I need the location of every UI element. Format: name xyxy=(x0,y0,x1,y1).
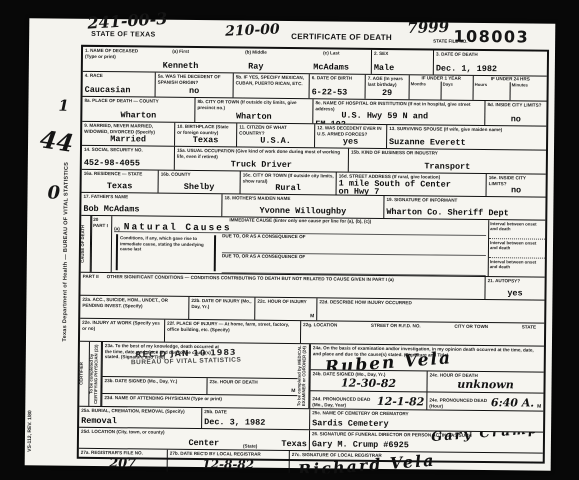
field-label: 7. AGE (In years last birthday) xyxy=(368,76,407,87)
part1-column: 20 PART I xyxy=(91,216,112,272)
field-value: Sardis Cemetery xyxy=(312,419,541,430)
city-label: CITY OR TOWN xyxy=(454,324,488,330)
field-marital-status: 9. MARRIED, NEVER MARRIED, WIDOWED, DIVO… xyxy=(82,122,174,146)
field-label: 23d. NAME OF ATTENDING PHYSICIAN (Type o… xyxy=(104,395,295,402)
field-pod-city: 8b. CITY OR TOWN (If outside city limits… xyxy=(194,98,312,123)
subrow-23d: 23d. NAME OF ATTENDING PHYSICIAN (Type o… xyxy=(102,393,297,408)
name-grid: 1. NAME OF DECEASED (Type or print) (a) … xyxy=(85,48,369,73)
certifying-physician-vertical-label: To be completed by CERTIFYING PHYSICIAN … xyxy=(89,342,102,406)
field-value: U.S.A. xyxy=(239,137,312,147)
field-23d-attending-physician: 23d. NAME OF ATTENDING PHYSICIAN (Type o… xyxy=(102,394,297,408)
field-surviving-spouse: 13. SURVIVING SPOUSE (If wife, give maid… xyxy=(386,125,546,150)
interval-label-c: Interval between onset and death xyxy=(489,257,545,277)
field-residence-street: 16d. STREET ADDRESS (If rural, give loca… xyxy=(336,172,486,196)
field-occupation: 15a. USUAL OCCUPATION (Give kind of work… xyxy=(174,147,348,172)
field-injury-how: 22d. DESCRIBE HOW INJURY OCCURRED xyxy=(316,298,544,322)
certificate-form: 1. NAME OF DECEASED (Type or print) (a) … xyxy=(77,45,549,464)
field-label: 1. NAME OF DECEASED (Type or print) xyxy=(85,48,143,71)
field-value-handwritten: 207 xyxy=(81,455,165,471)
field-value xyxy=(236,96,307,97)
row-certifier: CERTIFIER To be completed by CERTIFYING … xyxy=(79,341,544,411)
field-label: 22b. DATE OF INJURY (Mo., Day, Yr.) xyxy=(191,298,252,310)
field-local-registrar-signature: 27c. SIGNATURE OF LOCAL REGISTRAR Richar… xyxy=(289,451,543,476)
days-sublabel: Days xyxy=(441,81,473,100)
handwritten-code-left: 241-00-3 xyxy=(87,9,168,33)
field-value: Bob McAdams xyxy=(83,205,219,215)
field-value: Male xyxy=(374,64,431,74)
subrow-24d-24e: 24d. PRONOUNCED DEAD (Mo., Day, Year) 12… xyxy=(310,390,543,410)
field-part2: PART II OTHER SIGNIFICANT CONDITIONS — C… xyxy=(80,273,484,299)
field-sublabel: (a) First xyxy=(143,48,218,54)
field-name-of-deceased: 1. NAME OF DECEASED (Type or print) (a) … xyxy=(83,47,371,74)
field-label: 10. BIRTHPLACE (State or foreign country… xyxy=(177,124,234,136)
field-pod-county: 8a. PLACE OF DEATH — COUNTY Wharton xyxy=(82,97,194,122)
field-if-under-24-hrs: IF UNDER 24 HRS Hours Minutes xyxy=(473,76,547,101)
field-label: 18. MOTHER'S MAIDEN NAME xyxy=(224,195,381,202)
field-24d-pronounced-dead-date: 24d. PRONOUNCED DEAD (Mo., Day, Year) 12… xyxy=(310,391,426,409)
field-value: 6-22-53 xyxy=(312,88,363,97)
meridiem-mark: M xyxy=(310,313,314,319)
field-race: 4. RACE Caucasian xyxy=(83,72,155,97)
subrow-23b-23c: 23b. DATE SIGNED (Mo., Day, Yr.) 23c. HO… xyxy=(102,376,297,395)
field-23b-date-signed: 23b. DATE SIGNED (Mo., Day, Yr.) xyxy=(102,377,206,394)
field-label: 12. WAS DECEDENT EVER IN U.S. ARMED FORC… xyxy=(317,125,384,137)
field-residence-county: 16b. COUNTY Shelby xyxy=(158,171,240,194)
field-sex: 2. SEX Male xyxy=(371,50,433,75)
field-label: 25a. BURIAL, CREMATION, REMOVAL (Specify… xyxy=(81,408,199,415)
field-value: yes xyxy=(487,289,542,298)
field-label: 8b. CITY OR TOWN (If outside city limits… xyxy=(197,99,310,111)
name-first-col: (a) First Kenneth xyxy=(143,48,219,71)
field-spanish-origin: 5a. WAS THE DECEDENT OF SPANISH ORIGIN? … xyxy=(155,73,233,98)
state-of-texas-label: STATE OF TEXAS xyxy=(91,31,156,39)
certifier-right-column: 24a. On the basis of examination and/or … xyxy=(309,344,544,410)
field-residence-city: 16c. CITY OR TOWN (If outside city limit… xyxy=(240,171,336,194)
field-injury-kind: 22a. ACC., SUICIDE, HOM., UNDET., OR PEN… xyxy=(80,296,188,319)
cause-main: IMMEDIATE CAUSE (Enter only one cause pe… xyxy=(111,216,489,276)
part1-label: PART I xyxy=(93,222,110,228)
certifier-left-column: 23a. To the best of my knowledge, death … xyxy=(101,342,298,408)
row-registrar: 27a. REGISTRAR'S FILE NO. 207 27b. DATE … xyxy=(79,448,543,476)
field-label: 8a. PLACE OF DEATH — COUNTY xyxy=(84,98,192,105)
field-value xyxy=(104,392,204,393)
field-pod-city-limits: 8d. INSIDE CITY LIMITS? no xyxy=(484,101,546,126)
field-value: Dec. 1, 1982 xyxy=(436,65,545,75)
field-value: Center xyxy=(188,439,219,448)
field-label: 9. MARRIED, NEVER MARRIED, WIDOWED, DIVO… xyxy=(84,123,172,135)
under24-subcols: Hours Minutes xyxy=(474,81,547,100)
field-armed-forces: 12. WAS DECEDENT EVER IN U.S. ARMED FORC… xyxy=(314,124,386,148)
field-24a-certification: 24a. On the basis of examination and/or … xyxy=(311,344,544,371)
injury-location-labels: 22g. LOCATION STREET OR R.F.D. NO. CITY … xyxy=(303,322,542,330)
field-label: 22d. DESCRIBE HOW INJURY OCCURRED xyxy=(319,299,542,307)
field-label: 25d. LOCATION (City, town, or county) xyxy=(81,429,165,435)
field-value: Suzanne Everett xyxy=(389,138,544,149)
field-label: 5b. IF YES, SPECIFY MEXICAN, CUBAN, PUER… xyxy=(236,74,307,86)
row-ssn-occupation: 14. SOCIAL SECURITY NO. 452-98-4055 15a.… xyxy=(82,145,546,174)
stamp-line-2: BUREAU OF VITAL STATISTICS xyxy=(131,357,242,367)
state-label: STATE xyxy=(522,324,536,330)
field-value: Rural xyxy=(243,184,334,194)
received-stamp: REC'D JAN 10 1983 BUREAU OF VITAL STATIS… xyxy=(131,348,242,367)
page-body: Texas Department of Health — BUREAU OF V… xyxy=(25,44,555,463)
row-cause-of-death: CAUSE OF DEATH 20 PART I IMMEDIATE CAUSE… xyxy=(81,215,546,277)
scanned-death-certificate: 241-00-3 STATE OF TEXAS 210-00 CERTIFICA… xyxy=(0,0,579,480)
interval-label-a: Interval between onset and death xyxy=(489,220,545,239)
handwritten-code-mid: 210-00 xyxy=(225,21,280,39)
cause-lower: Conditions, if any, which gave rise to i… xyxy=(112,233,488,276)
hours-sublabel: Hours xyxy=(474,81,510,100)
field-cemetery-location: 25d. LOCATION (City, town, or county) Ce… xyxy=(79,428,309,450)
field-value: Wharton Co. Sheriff Dept xyxy=(386,208,543,219)
field-value: Texas xyxy=(177,136,234,146)
field-value: Removal xyxy=(81,417,199,427)
margin-handwriting-3: 0 xyxy=(47,182,60,203)
left-margin: Texas Department of Health — BUREAU OF V… xyxy=(25,44,81,459)
interval-column: Interval between onset and death Interva… xyxy=(488,220,546,277)
field-label: 22e. INJURY AT WORK (Specify yes or no) xyxy=(82,320,162,332)
cause-a-value: Natural Causes xyxy=(124,222,232,233)
field-label: 24e. PRONOUNCED DEAD (Hour) xyxy=(429,397,488,409)
part2-label: PART II xyxy=(82,274,100,294)
field-value-handwritten: 12-30-82 xyxy=(312,376,424,390)
field-value: no xyxy=(158,87,231,97)
field-label: 6. DATE OF BIRTH xyxy=(312,75,363,81)
state-sublabel: (State) xyxy=(243,443,257,449)
field-value-handwritten: unknown xyxy=(429,377,541,391)
row-injury-1: 22a. ACC., SUICIDE, HOM., UNDET., OR PEN… xyxy=(80,295,544,323)
row-marital-citizenship: 9. MARRIED, NEVER MARRIED, WIDOWED, DIVO… xyxy=(82,121,546,150)
field-injury-date: 22b. DATE OF INJURY (Mo., Day, Yr.) xyxy=(188,297,254,320)
field-value xyxy=(82,317,186,318)
field-label: 23b. DATE SIGNED (Mo., Day, Yr.) xyxy=(105,378,205,385)
cause-of-death-vertical-label: CAUSE OF DEATH xyxy=(81,216,92,272)
field-value: 452-98-4055 xyxy=(84,159,172,169)
field-label: 25b. DATE xyxy=(204,409,307,416)
row-place-of-death: 8a. PLACE OF DEATH — COUNTY Wharton 8b. … xyxy=(82,96,546,126)
interval-label-b: Interval between onset and death xyxy=(489,238,545,258)
field-value xyxy=(82,340,162,341)
field-label: 11. CITIZEN OF WHAT COUNTRY? xyxy=(239,124,312,136)
field-label: 15b. KIND OF BUSINESS OR INDUSTRY xyxy=(351,150,544,158)
field-label: 23c. HOUR OF DEATH xyxy=(210,379,296,385)
field-spanish-specify: 5b. IF YES, SPECIFY MEXICAN, CUBAN, PUER… xyxy=(233,73,309,98)
field-label: 14. SOCIAL SECURITY NO. xyxy=(84,147,172,153)
field-cemetery-name: 25c. NAME OF CEMETERY OR CREMATORY Sardi… xyxy=(309,409,543,431)
field-value-handwritten: 12-1-82 xyxy=(377,395,425,408)
name-first-value: Kenneth xyxy=(143,62,218,72)
conditions-note: Conditions, if any, which gave rise to i… xyxy=(116,235,216,272)
field-label: 22c. HOUR OF INJURY xyxy=(257,299,314,305)
months-sublabel: Months xyxy=(410,81,441,100)
field-value: Yvonne Willoughby xyxy=(224,206,381,217)
field-value: Wharton xyxy=(197,112,310,122)
field-label: 17. FATHER'S NAME xyxy=(83,194,219,201)
row-part2-autopsy: PART II OTHER SIGNIFICANT CONDITIONS — C… xyxy=(80,272,544,300)
street-label: STREET OR R.F.D. NO. xyxy=(371,323,421,329)
cause-line-b: DUE TO, OR AS A CONSEQUENCE OF xyxy=(222,234,486,257)
field-label: 25c. NAME OF CEMETERY OR CREMATORY xyxy=(312,410,541,418)
row-parents-informant: 17. FATHER'S NAME Bob McAdams 18. MOTHER… xyxy=(81,192,545,220)
medical-examiner-vertical-label: To be completed by MEDICAL EXAMINER or C… xyxy=(297,344,310,408)
field-24b-date-signed: 24b. DATE SIGNED (Mo., Day, Yr.) 12-30-8… xyxy=(310,370,426,392)
minutes-sublabel: Minutes xyxy=(510,82,547,101)
field-label: 3. DATE OF DEATH xyxy=(436,52,545,59)
under1-subcols: Months Days xyxy=(410,81,473,100)
field-23a-certification: 23a. To the best of my knowledge, death … xyxy=(103,342,298,378)
row-injury-2: 22e. INJURY AT WORK (Specify yes or no) … xyxy=(80,318,544,346)
field-birthplace: 10. BIRTHPLACE (State or foreign country… xyxy=(174,123,236,147)
field-date-of-birth: 6. DATE OF BIRTH 6-22-53 xyxy=(309,74,365,99)
field-value: Shelby xyxy=(161,183,238,193)
field-value: Caucasian xyxy=(85,86,153,96)
row-name-sex-dod: 1. NAME OF DECEASED (Type or print) (a) … xyxy=(83,47,547,76)
form-code-label: VS-112, REV. 1/80 xyxy=(27,411,33,453)
field-label: 16a. RESIDENCE — STATE xyxy=(84,171,156,177)
handwritten-file-no: 7999 xyxy=(407,18,449,37)
field-date-of-death: 3. DATE OF DEATH Dec. 1, 1982 xyxy=(433,50,547,75)
field-value: no xyxy=(487,115,544,125)
name-middle-value: Ray xyxy=(218,62,293,72)
field-father-name: 17. FATHER'S NAME Bob McAdams xyxy=(81,193,221,216)
field-residence-state: 16a. RESIDENCE — STATE Texas xyxy=(82,170,158,193)
field-injury-hour: 22c. HOUR OF INJURY M xyxy=(254,298,316,321)
field-registrar-date-received: 27b. DATE REC'D BY LOCAL REGISTRAR 12-8-… xyxy=(167,450,289,473)
field-value: no xyxy=(489,186,544,195)
field-24e-pronounced-dead-hour: 24e. PRONOUNCED DEAD (Hour) 6:40 A. M xyxy=(426,392,543,410)
certificate-title: CERTIFICATE OF DEATH xyxy=(291,32,392,42)
field-label: 13. SURVIVING SPOUSE (If wife, give maid… xyxy=(389,126,544,133)
field-label: 8d. INSIDE CITY LIMITS? xyxy=(487,102,544,108)
cause-bc: DUE TO, OR AS A CONSEQUENCE OF DUE TO, O… xyxy=(220,234,488,276)
field-value-handwritten: 12-8-82 xyxy=(170,457,287,472)
field-label: 24d. PRONOUNCED DEAD (Mo., Day, Year) xyxy=(312,396,374,408)
certificate-page: 241-00-3 STATE OF TEXAS 210-00 CERTIFICA… xyxy=(25,18,556,470)
subrow-24b-24c: 24b. DATE SIGNED (Mo., Day, Yr.) 12-30-8… xyxy=(310,369,543,393)
field-value: Married xyxy=(84,135,172,145)
name-last-value: McAdams xyxy=(293,63,368,73)
field-label: 22f. PLACE OF INJURY — At home, farm, st… xyxy=(167,321,298,333)
field-ssn: 14. SOCIAL SECURITY NO. 452-98-4055 xyxy=(82,146,174,170)
margin-handwriting-1: 1 xyxy=(58,97,69,115)
name-middle-col: (b) Middle Ray xyxy=(218,49,294,72)
field-label: 5a. WAS THE DECEDENT OF SPANISH ORIGIN? xyxy=(158,74,231,86)
field-label: 4. RACE xyxy=(85,73,153,79)
field-label: 21. AUTOPSY? xyxy=(488,278,543,284)
field-label: 2. SEX xyxy=(374,51,431,57)
field-sublabel: (c) Last xyxy=(294,50,369,56)
location-label: 22g. LOCATION xyxy=(303,322,337,328)
field-23c-hour-of-death: 23c. HOUR OF DEATH M xyxy=(206,378,297,395)
line-a-tag: (a) xyxy=(114,226,120,232)
field-citizenship: 11. CITIZEN OF WHAT COUNTRY? U.S.A. xyxy=(236,123,314,147)
field-value xyxy=(191,318,252,319)
name-last-col: (c) Last McAdams xyxy=(293,50,369,73)
field-burial-date: 25b. DATE Dec. 3, 1982 xyxy=(201,408,309,429)
state-value: Texas xyxy=(281,440,307,449)
field-residence-city-limits: 16e. INSIDE CITY LIMITS? no xyxy=(486,174,546,197)
field-value: Wharton xyxy=(84,111,192,121)
certificate-header: 241-00-3 STATE OF TEXAS 210-00 CERTIFICA… xyxy=(29,18,555,50)
field-value: Transport xyxy=(351,162,544,173)
field-injury-at-work: 22e. INJURY AT WORK (Specify yes or no) xyxy=(80,319,164,342)
meridiem-mark: M xyxy=(291,388,295,394)
field-value-handwritten: 6:40 A. xyxy=(491,396,534,409)
field-burial-type: 25a. BURIAL, CREMATION, REMOVAL (Specify… xyxy=(79,407,201,428)
field-value: Truck Driver xyxy=(177,160,346,171)
field-value: 29 xyxy=(368,89,407,98)
field-value: yes xyxy=(317,137,384,147)
field-mother-maiden-name: 18. MOTHER'S MAIDEN NAME Yvonne Willough… xyxy=(221,194,383,218)
cause-line-c: DUE TO, OR AS A CONSEQUENCE OF xyxy=(222,254,486,277)
field-value: Gary M. Crump #6925 xyxy=(312,440,541,451)
field-pod-hospital: 8c. NAME OF HOSPITAL OR INSTITUTION (If … xyxy=(312,99,484,125)
field-value xyxy=(167,341,298,342)
field-autopsy: 21. AUTOPSY? yes xyxy=(484,277,544,300)
field-injury-location: 22g. LOCATION STREET OR R.F.D. NO. CITY … xyxy=(300,321,544,346)
state-file-number: 108003 xyxy=(453,27,529,47)
field-label: 19. SIGNATURE OF INFORMANT xyxy=(386,197,543,204)
part2-text: OTHER SIGNIFICANT CONDITIONS — CONDITION… xyxy=(106,274,393,297)
field-24c-hour-of-death: 24c. HOUR OF DEATH unknown xyxy=(426,371,543,393)
field-injury-place: 22f. PLACE OF INJURY — At home, farm, st… xyxy=(164,320,300,343)
field-if-under-1-year: IF UNDER 1 YEAR Months Days xyxy=(409,75,473,100)
field-industry: 15b. KIND OF BUSINESS OR INDUSTRY Transp… xyxy=(348,149,546,174)
field-label: 22a. ACC., SUICIDE, HOM., UNDET., OR PEN… xyxy=(82,297,186,309)
field-registrar-file-no: 27a. REGISTRAR'S FILE NO. 207 xyxy=(79,449,167,472)
field-informant-signature: 19. SIGNATURE OF INFORMANT Wharton Co. S… xyxy=(383,196,545,220)
field-value: Dec. 3, 1982 xyxy=(204,418,307,428)
field-age: 7. AGE (In years last birthday) 29 xyxy=(365,75,409,99)
field-sublabel: (b) Middle xyxy=(218,49,293,55)
row-residence: 16a. RESIDENCE — STATE Texas 16b. COUNTY… xyxy=(82,169,546,197)
field-value: Texas xyxy=(84,182,156,192)
row-race-origin-birth: 4. RACE Caucasian 5a. WAS THE DECEDENT O… xyxy=(83,71,547,101)
field-label: 16b. COUNTY xyxy=(161,172,238,178)
field-funeral-director-signature: 26. SIGNATURE OF FUNERAL DIRECTOR OR PER… xyxy=(309,430,543,452)
meridiem-mark: M xyxy=(537,404,541,410)
margin-handwriting-2: 44 xyxy=(38,124,75,158)
field-label: 15a. USUAL OCCUPATION (Give kind of work… xyxy=(177,148,346,161)
